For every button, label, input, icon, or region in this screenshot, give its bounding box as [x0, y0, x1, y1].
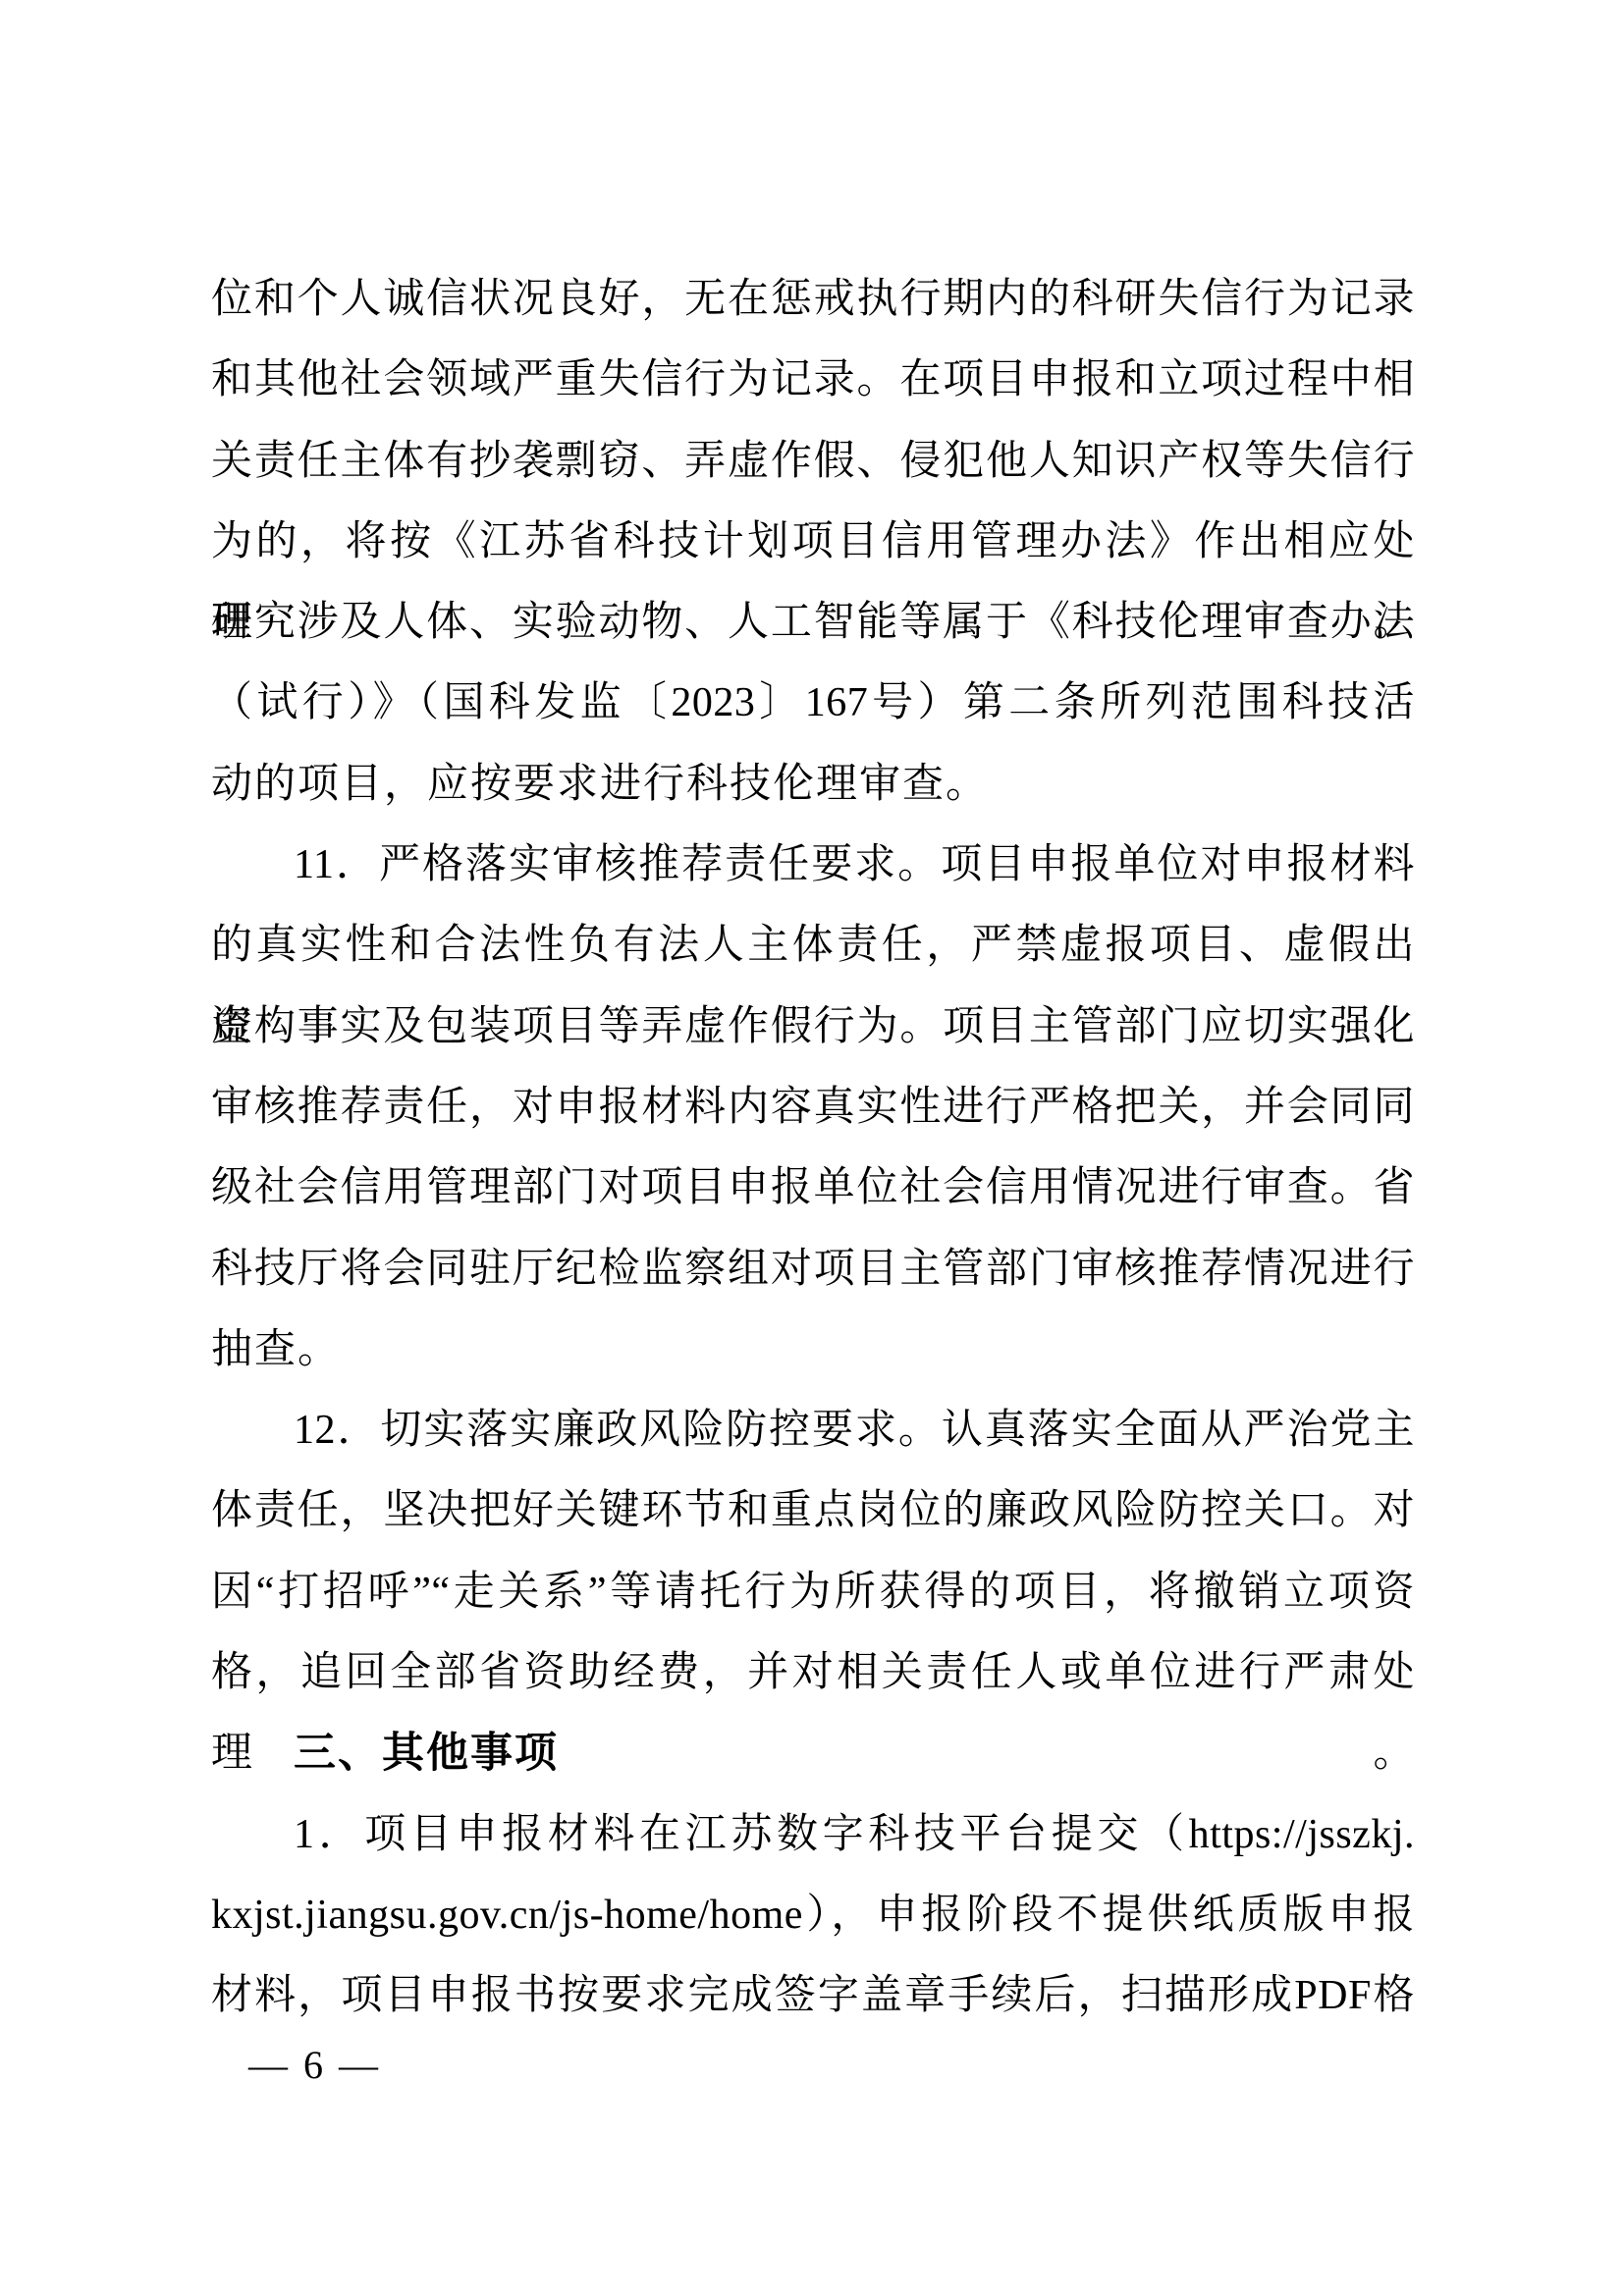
- text-line: 研究涉及人体、实验动物、人工智能等属于《科技伦理审查办法: [211, 582, 1415, 663]
- text-line: 位和个人诚信状况良好，无在惩戒执行期内的科研失信行为记录: [211, 259, 1415, 340]
- text-line: 为的，将按《江苏省科技计划项目信用管理办法》作出相应处理。: [211, 502, 1415, 582]
- document-page: 位和个人诚信状况良好，无在惩戒执行期内的科研失信行为记录 和其他社会领域严重失信…: [0, 0, 1624, 2296]
- text-line: 级社会信用管理部门对项目申报单位社会信用情况进行审查。省: [211, 1148, 1415, 1228]
- text-line: 因“打招呼”“走关系”等请托行为所获得的项目，将撤销立项资: [211, 1552, 1415, 1632]
- text-line: 的真实性和合法性负有法人主体责任，严禁虚报项目、虚假出资、: [211, 905, 1415, 986]
- text-line: 1．项目申报材料在江苏数字科技平台提交（https://jsszkj.: [211, 1794, 1415, 1875]
- text-line: 体责任，坚决把好关键环节和重点岗位的廉政风险防控关口。对: [211, 1470, 1415, 1551]
- text-line: （试行）》（国科发监〔2023〕167号）第二条所列范围科技活: [211, 663, 1415, 743]
- text-line: 动的项目，应按要求进行科技伦理审查。: [211, 744, 1415, 825]
- text-line: 科技厅将会同驻厅纪检监察组对项目主管部门审核推荐情况进行: [211, 1229, 1415, 1309]
- text-line: 虚构事实及包装项目等弄虚作假行为。项目主管部门应切实强化: [211, 987, 1415, 1067]
- text-line: 材料，项目申报书按要求完成签字盖章手续后，扫描形成PDF格: [211, 1955, 1415, 2036]
- text-line: 格，追回全部省资助经费，并对相关责任人或单位进行严肃处理。: [211, 1632, 1415, 1713]
- text-line: 关责任主体有抄袭剽窃、弄虚作假、侵犯他人知识产权等失信行: [211, 421, 1415, 502]
- text-block: 位和个人诚信状况良好，无在惩戒执行期内的科研失信行为记录 和其他社会领域严重失信…: [211, 259, 1415, 2037]
- text-line: 11．严格落实审核推荐责任要求。项目申报单位对申报材料: [211, 825, 1415, 905]
- text-line: 抽查。: [211, 1309, 1415, 1390]
- page-number: — 6 —: [248, 2044, 381, 2087]
- text-line: 审核推荐责任，对申报材料内容真实性进行严格把关，并会同同: [211, 1067, 1415, 1148]
- text-line: 12．切实落实廉政风险防控要求。认真落实全面从严治党主: [211, 1390, 1415, 1470]
- text-line: 和其他社会领域严重失信行为记录。在项目申报和立项过程中相: [211, 340, 1415, 420]
- text-line: kxjst.jiangsu.gov.cn/js-home/home），申报阶段不…: [211, 1875, 1415, 1955]
